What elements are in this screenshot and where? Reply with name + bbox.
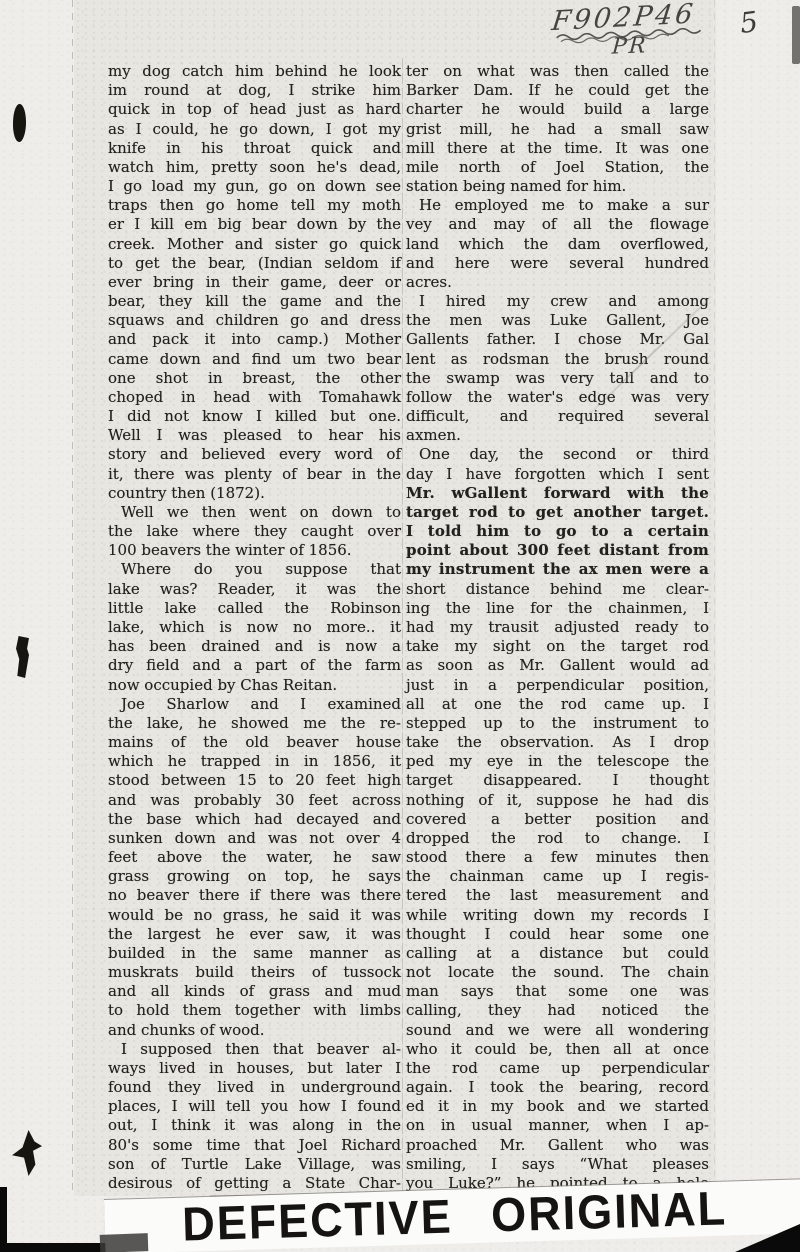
text-line: watch him, pretty soon he's dead, xyxy=(108,158,401,177)
text-line: short distance behind me clear- xyxy=(406,580,709,599)
text-line: stepped up to the instrument to xyxy=(406,714,709,733)
text-line: nothing of it, suppose he had dis xyxy=(406,791,709,810)
text-line: places, I will tell you how I found xyxy=(108,1097,401,1116)
text-line: grist mill, he had a small saw xyxy=(406,120,709,139)
text-line: point about 300 feet distant from xyxy=(406,541,709,560)
text-line: little lake called the Robinson xyxy=(108,599,401,618)
text-line: who it could be, then all at once xyxy=(406,1040,709,1059)
text-line: ever bring in their game, deer or xyxy=(108,273,401,292)
text-line: creek. Mother and sister go quick xyxy=(108,235,401,254)
text-line: just in a perpendicular position, xyxy=(406,676,709,695)
text-line: One day, the second or third xyxy=(406,445,709,464)
text-line: target rod to get another target. xyxy=(406,503,709,522)
text-line: and was probably 30 feet across xyxy=(108,791,401,810)
text-line: all at one the rod came up. I xyxy=(406,695,709,714)
text-line: calling at a distance but could xyxy=(406,944,709,963)
text-line: land which the dam overflowed, xyxy=(406,235,709,254)
text-line: mill there at the time. It was one xyxy=(406,139,709,158)
text-line: sound and we were all wondering xyxy=(406,1021,709,1040)
text-line: axmen. xyxy=(406,426,709,445)
text-line: lake was? Reader, it was the xyxy=(108,580,401,599)
text-line: quick in top of head just as hard xyxy=(108,100,401,119)
text-line: my instrument the ax men were a xyxy=(406,560,709,579)
text-line: had my trausit adjusted ready to xyxy=(406,618,709,637)
text-line: dropped the rod to change. I xyxy=(406,829,709,848)
text-line: to hold them together with limbs xyxy=(108,1001,401,1020)
text-line: dry field and a part of the farm xyxy=(108,656,401,675)
text-line: while writing down my records I xyxy=(406,906,709,925)
text-line: would be no grass, he said it was xyxy=(108,906,401,925)
text-line: muskrats build theirs of tussock xyxy=(108,963,401,982)
text-line: and chunks of wood. xyxy=(108,1021,401,1040)
text-line: mains of the old beaver house xyxy=(108,733,401,752)
text-line: charter he would build a large xyxy=(406,100,709,119)
text-line: as soon as Mr. Gallent would ad xyxy=(406,656,709,675)
text-line: He employed me to make a sur xyxy=(406,196,709,215)
text-line: the swamp was very tall and to xyxy=(406,369,709,388)
text-line: calling, they had noticed the xyxy=(406,1001,709,1020)
text-line: which he trapped in in 1856, it xyxy=(108,752,401,771)
text-line: as I could, he go down, I got my xyxy=(108,120,401,139)
text-line: now occupied by Chas Reitan. xyxy=(108,676,401,695)
text-line: the chainman came up I regis- xyxy=(406,867,709,886)
text-line: came down and find um two bear xyxy=(108,350,401,369)
text-line: target disappeared. I thought xyxy=(406,771,709,790)
scan-black-edge-left xyxy=(0,1187,7,1252)
text-line: no beaver there if there was there xyxy=(108,886,401,905)
text-line: again. I took the bearing, record xyxy=(406,1078,709,1097)
column-divider-rule xyxy=(402,58,403,1196)
text-line: mile north of Joel Station, the xyxy=(406,158,709,177)
text-line: ing the line for the chainmen, I xyxy=(406,599,709,618)
text-line: the base which had decayed and xyxy=(108,810,401,829)
text-line: not locate the sound. The chain xyxy=(406,963,709,982)
text-line: acres. xyxy=(406,273,709,292)
text-line: proached Mr. Gallent who was xyxy=(406,1136,709,1155)
text-line: country then (1872). xyxy=(108,484,401,503)
text-line: smiling, I says “What pleases xyxy=(406,1155,709,1174)
text-line: it, there was plenty of bear in the xyxy=(108,465,401,484)
text-line: feet above the water, he saw xyxy=(108,848,401,867)
text-line: and here were several hundred xyxy=(406,254,709,273)
article-left-column: my dog catch him behind he lookim round … xyxy=(108,62,401,1193)
text-line: Joe Sharlow and I examined xyxy=(108,695,401,714)
text-line: the largest he ever saw, it was xyxy=(108,925,401,944)
text-line: has been drained and is now a xyxy=(108,637,401,656)
text-line: one shot in breast, the other xyxy=(108,369,401,388)
text-line: stood there a few minutes then xyxy=(406,848,709,867)
text-line: stood between 15 to 20 feet high xyxy=(108,771,401,790)
text-line: covered a better position and xyxy=(406,810,709,829)
text-line: son of Turtle Lake Village, was xyxy=(108,1155,401,1174)
text-line: choped in head with Tomahawk xyxy=(108,388,401,407)
text-line: my dog catch him behind he look xyxy=(108,62,401,81)
text-line: Mr. wGallent forward with the xyxy=(406,484,709,503)
text-line: story and believed every word of xyxy=(108,445,401,464)
text-line: ped my eye in the telescope the xyxy=(406,752,709,771)
text-line: ed it in my book and we started xyxy=(406,1097,709,1116)
text-line: I hired my crew and among xyxy=(406,292,709,311)
text-line: desirous of getting a State Char- xyxy=(108,1174,401,1193)
text-line: take the observation. As I drop xyxy=(406,733,709,752)
text-line: tered the last measurement and xyxy=(406,886,709,905)
text-line: 100 beavers the winter of 1856. xyxy=(108,541,401,560)
text-line: lake, which is now no more.. it xyxy=(108,618,401,637)
text-line: the rod came up perpendicular xyxy=(406,1059,709,1078)
text-line: the lake where they caught over xyxy=(108,522,401,541)
text-line: Barker Dam. If he could get the xyxy=(406,81,709,100)
text-line: station being named for him. xyxy=(406,177,709,196)
text-line: I told him to go to a certain xyxy=(406,522,709,541)
text-line: I supposed then that beaver al- xyxy=(108,1040,401,1059)
text-line: grass growing on top, he says xyxy=(108,867,401,886)
clipping-right-edge xyxy=(714,0,715,1196)
text-line: I did not know I killed but one. xyxy=(108,407,401,426)
text-line: builded in the same manner as xyxy=(108,944,401,963)
text-line: squaws and children go and dress xyxy=(108,311,401,330)
handwritten-page-number: 5 xyxy=(738,5,760,40)
text-line: I go load my gun, go on down see xyxy=(108,177,401,196)
text-line: to get the bear, (Indian seldom if xyxy=(108,254,401,273)
clipping-left-edge xyxy=(72,0,73,1196)
text-line: the lake, he showed me the re- xyxy=(108,714,401,733)
text-line: sunken down and was not over 4 xyxy=(108,829,401,848)
text-line: Where do you suppose that xyxy=(108,560,401,579)
text-line: follow the water's edge was very xyxy=(406,388,709,407)
page-edge-shadow-top-right xyxy=(792,6,800,64)
text-line: ways lived in houses, but later I xyxy=(108,1059,401,1078)
text-line: Well we then went on down to xyxy=(108,503,401,522)
text-line: knife in his throat quick and xyxy=(108,139,401,158)
text-line: vey and may of all the flowage xyxy=(406,215,709,234)
text-line: day I have forgotten which I sent xyxy=(406,465,709,484)
text-line: on in usual manner, when I ap- xyxy=(406,1116,709,1135)
text-line: traps then go home tell my moth xyxy=(108,196,401,215)
article-right-column: ter on what was then called theBarker Da… xyxy=(406,62,709,1193)
text-line: er I kill em big bear down by the xyxy=(108,215,401,234)
text-line: thought I could hear some one xyxy=(406,925,709,944)
text-line: Well I was pleased to hear his xyxy=(108,426,401,445)
text-line: bear, they kill the game and the xyxy=(108,292,401,311)
text-line: ter on what was then called the xyxy=(406,62,709,81)
text-line: 80's some time that Joel Richard xyxy=(108,1136,401,1155)
text-line: the men was Luke Gallent, Joe xyxy=(406,311,709,330)
stamp-strip-torn-corner xyxy=(100,1233,149,1252)
text-line: difficult, and required several xyxy=(406,407,709,426)
text-line: take my sight on the target rod xyxy=(406,637,709,656)
handwritten-initials: PR xyxy=(611,33,648,59)
text-line: found they lived in underground xyxy=(108,1078,401,1097)
text-line: im round at dog, I strike him xyxy=(108,81,401,100)
text-line: lent as rodsman the brush round xyxy=(406,350,709,369)
text-line: and pack it into camp.) Mother xyxy=(108,330,401,349)
text-line: and all kinds of grass and mud xyxy=(108,982,401,1001)
text-line: man says that some one was xyxy=(406,982,709,1001)
text-line: out, I think it was along in the xyxy=(108,1116,401,1135)
